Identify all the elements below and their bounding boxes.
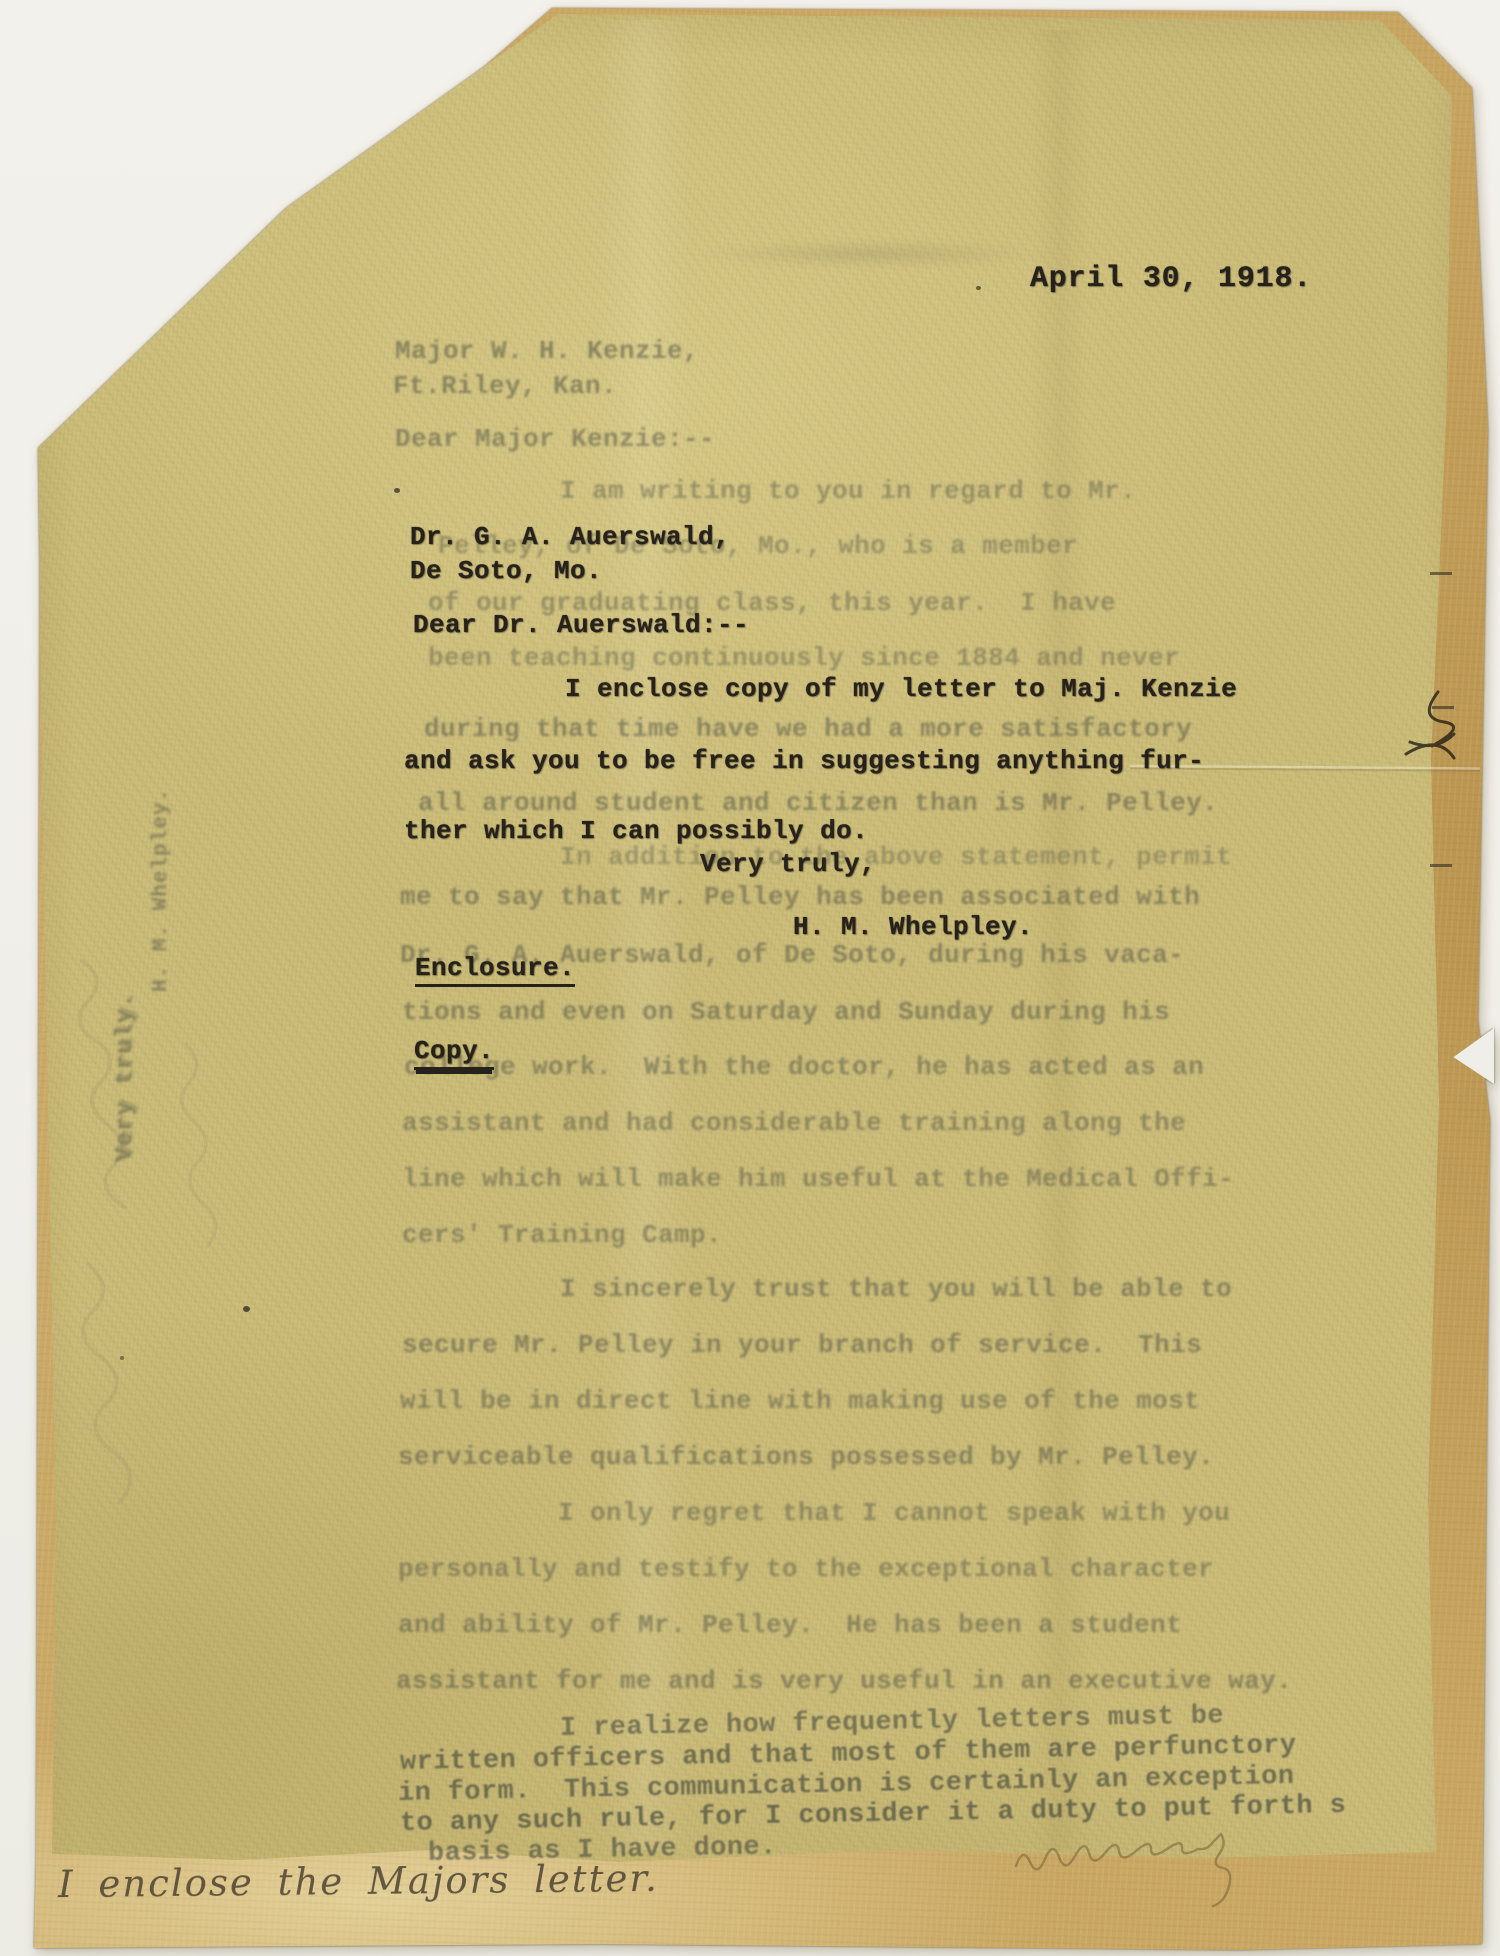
- copy-label: Copy.: [414, 1036, 494, 1070]
- handwritten-note: I enclose the Majors letter.: [58, 1857, 659, 1906]
- salutation: Dear Dr. Auerswald:--: [413, 610, 749, 640]
- ghost-line: and ability of Mr. Pelley. He has been a…: [398, 1610, 1182, 1640]
- ghost-line: assistant for me and is very useful in a…: [396, 1666, 1292, 1696]
- ghost-line: college work. With the doctor, he has ac…: [404, 1052, 1204, 1082]
- ghost-line: I am writing to you in regard to Mr.: [560, 476, 1136, 506]
- ink-speck: [976, 286, 981, 290]
- scan-background: Major W. H. Kenzie,Ft.Riley, Kan.Dear Ma…: [0, 0, 1500, 1956]
- edge-ink-tick: [1430, 864, 1452, 867]
- ghost-line: line which will make him useful at the M…: [402, 1164, 1234, 1194]
- ghost-line: serviceable qualifications possessed by …: [398, 1442, 1214, 1472]
- ghost-line: Dear Major Kenzie:--: [395, 424, 715, 454]
- body-line: and ask you to be free in suggesting any…: [404, 746, 1204, 776]
- enclosure-label: Enclosure.: [415, 953, 575, 987]
- ghost-line: during that time have we had a more sati…: [424, 714, 1192, 744]
- ghost-line: I only regret that I cannot speak with y…: [558, 1498, 1230, 1528]
- edge-ink-scribble: [1400, 688, 1480, 798]
- ghost-line: been teaching continuously since 1884 an…: [428, 643, 1180, 673]
- ghost-line: I sincerely trust that you will be able …: [560, 1274, 1232, 1304]
- ghost-line: In addition to the above statement, perm…: [560, 842, 1232, 872]
- ghost-line: all around student and citizen than is M…: [418, 788, 1218, 818]
- edge-ink-tick: [1430, 572, 1452, 575]
- ghost-line: assistant and had considerable training …: [402, 1108, 1186, 1138]
- ghost-line: personally and testify to the exceptiona…: [398, 1554, 1214, 1584]
- body-line: I enclose copy of my letter to Maj. Kenz…: [565, 674, 1237, 704]
- pencil-marginalia: [58, 1260, 138, 1560]
- ghost-line: secure Mr. Pelley in your branch of serv…: [402, 1330, 1202, 1360]
- ghost-line: Major W. H. Kenzie,: [395, 336, 699, 366]
- ghost-line: me to say that Mr. Pelley has been assoc…: [400, 882, 1200, 912]
- letter-date: April 30, 1918.: [1030, 262, 1312, 296]
- typed-signature: H. M. Whelpley.: [793, 912, 1033, 942]
- ghost-line: cers' Training Camp.: [402, 1220, 722, 1250]
- ghost-line: Ft.Riley, Kan.: [393, 371, 617, 401]
- ghost-vertical-line: H. M. Whelpley.: [150, 788, 173, 992]
- ghost-line: tions and even on Saturday and Sunday du…: [402, 997, 1170, 1027]
- recipient-line: De Soto, Mo.: [410, 556, 602, 586]
- pencil-marginalia: [168, 1040, 218, 1260]
- closing: Very truly,: [700, 849, 876, 879]
- handwritten-signature: [1012, 1840, 1352, 1920]
- ghost-line: will be in direct line with making use o…: [400, 1386, 1200, 1416]
- body-line: ther which I can possibly do.: [404, 816, 868, 846]
- ink-speck: [243, 1306, 250, 1312]
- pencil-marginalia: [62, 955, 132, 1235]
- recipient-line: Dr. G. A. Auerswald,: [410, 522, 730, 552]
- ink-speck: [394, 488, 400, 493]
